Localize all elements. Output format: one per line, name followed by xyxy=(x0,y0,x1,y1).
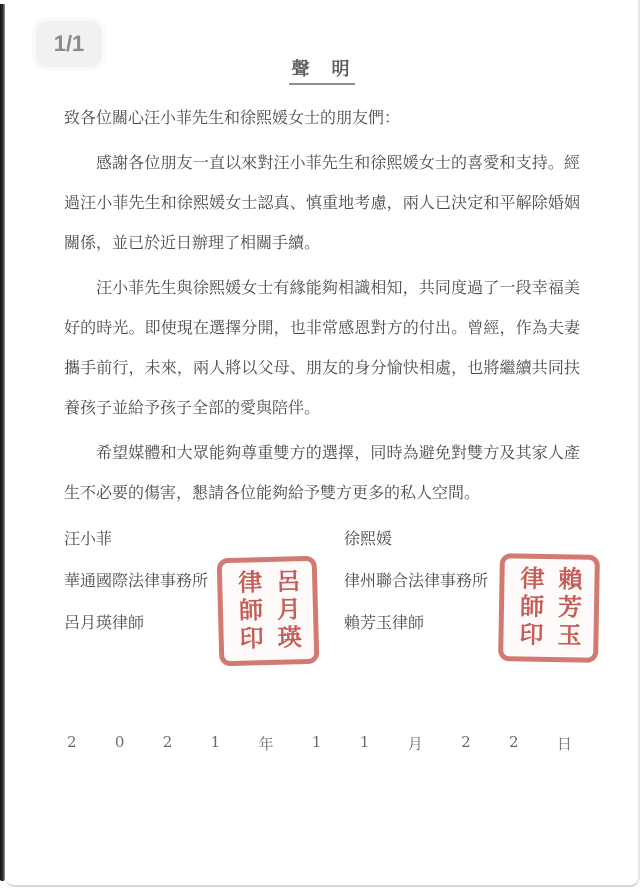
statement-page: 1/1 聲 明 致各位關心汪小菲先生和徐熙媛女士的朋友們： 感謝各位朋友一直以來… xyxy=(5,0,640,887)
date-char: 1 xyxy=(360,733,370,754)
paragraph: 感謝各位朋友一直以來對汪小菲先生和徐熙媛女士的喜愛和支持。經過汪小菲先生和徐熙媛… xyxy=(64,143,580,263)
law-firm-name: 律州聯合法律事務所 xyxy=(344,560,488,602)
law-firm-name: 華通國際法律事務所 xyxy=(64,560,208,602)
paragraph: 汪小菲先生與徐熙媛女士有緣能夠相識相知，共同度過了一段幸福美好的時光。即使現在選… xyxy=(64,268,580,428)
date-char: 2 xyxy=(461,733,471,754)
salutation-line: 致各位關心汪小菲先生和徐熙媛女士的朋友們： xyxy=(64,98,580,138)
lawyer-seal-stamp-xu: 律師印 賴芳玉 xyxy=(498,553,600,663)
signature-block-xu: 徐熙媛 律州聯合法律事務所 賴芳玉律師 xyxy=(344,518,488,644)
date-char: 日 xyxy=(557,733,572,754)
page-title-text: 聲 明 xyxy=(289,55,355,85)
signatory-name: 汪小菲 xyxy=(64,518,208,560)
seal-column: 賴芳玉 xyxy=(550,566,586,651)
seal-column: 呂月瑛 xyxy=(268,568,305,653)
date-char: 年 xyxy=(259,733,274,754)
date-char: 2 xyxy=(67,733,77,754)
date-line: 2 0 2 1 年 1 1 月 2 2 日 xyxy=(67,733,572,754)
statement-body: 致各位關心汪小菲先生和徐熙媛女士的朋友們： 感謝各位朋友一直以來對汪小菲先生和徐… xyxy=(64,98,580,513)
signature-block-wang: 汪小菲 華通國際法律事務所 呂月瑛律師 xyxy=(64,518,208,644)
lawyer-name: 賴芳玉律師 xyxy=(344,602,488,644)
signatory-name: 徐熙媛 xyxy=(344,518,488,560)
lawyer-seal-stamp-wang: 律師印 呂月瑛 xyxy=(217,556,320,667)
date-char: 1 xyxy=(211,733,221,754)
page-indicator-label: 1/1 xyxy=(54,31,85,57)
date-char: 1 xyxy=(312,733,322,754)
date-char: 0 xyxy=(115,733,125,754)
seal-column: 律師印 xyxy=(230,569,267,654)
date-char: 2 xyxy=(163,733,173,754)
seal-column: 律師印 xyxy=(512,565,548,650)
page-title: 聲 明 xyxy=(5,55,638,85)
lawyer-name: 呂月瑛律師 xyxy=(64,602,208,644)
document-photo: 1/1 聲 明 致各位關心汪小菲先生和徐熙媛女士的朋友們： 感謝各位朋友一直以來… xyxy=(0,0,641,891)
date-char: 2 xyxy=(509,733,519,754)
paragraph: 希望媒體和大眾能夠尊重雙方的選擇，同時為避免對雙方及其家人產生不必要的傷害，懇請… xyxy=(64,433,580,513)
date-char: 月 xyxy=(408,733,423,754)
